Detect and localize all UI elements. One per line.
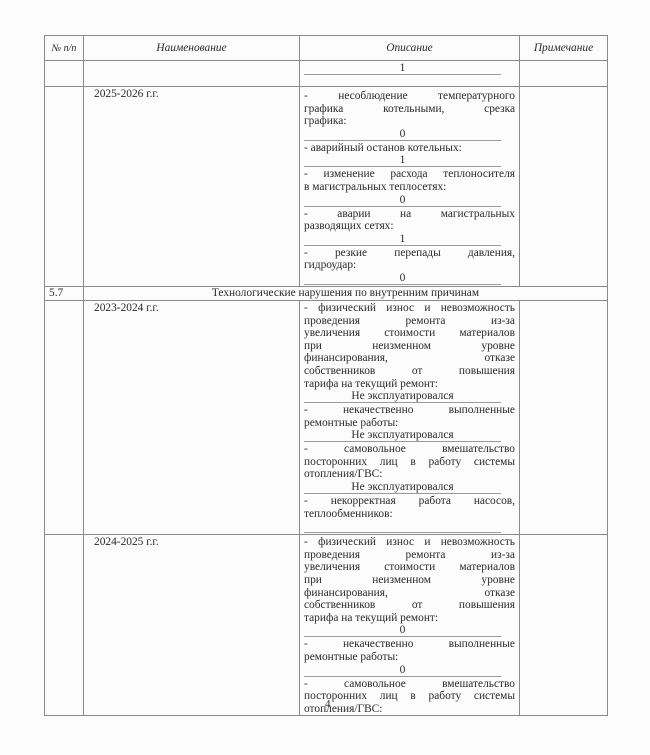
value-blank: 0 bbox=[304, 128, 501, 141]
cell-note bbox=[520, 61, 608, 87]
value-text: Не эксплуатировался bbox=[351, 481, 453, 493]
cell-note bbox=[520, 535, 608, 716]
cell-name bbox=[84, 61, 300, 87]
description-line: - изменение расхода теплоносителя bbox=[304, 168, 515, 181]
description-line: посторонних лиц в работу системы bbox=[304, 690, 515, 703]
header-note: Примечание bbox=[520, 36, 608, 61]
description-line: - некорректная работа насосов, bbox=[304, 495, 515, 508]
description-line: графика: bbox=[304, 115, 515, 128]
value-blank: 1 bbox=[304, 62, 501, 75]
table-row-2023-2024: 2023-2024 г.г. - физический износ и нево… bbox=[45, 300, 608, 534]
description-line: ремонтные работы: bbox=[304, 417, 515, 430]
table-row-2024-2025: 2024-2025 г.г. - физический износ и нево… bbox=[45, 535, 608, 716]
description-line: в магистральных теплосетях: bbox=[304, 181, 515, 194]
value-blank: Не эксплуатировался bbox=[304, 390, 501, 403]
value-blank bbox=[304, 520, 501, 533]
description-line: - физический износ и невозможность bbox=[304, 536, 515, 549]
page-number: 4 bbox=[325, 698, 331, 710]
value-blank: Не эксплуатировался bbox=[304, 429, 501, 442]
value-blank: 1 bbox=[304, 154, 501, 167]
value-text: 0 bbox=[400, 664, 406, 676]
description-line: финансирования, отказе bbox=[304, 587, 515, 600]
value-text: 1 bbox=[400, 154, 406, 166]
incidents-table: № п/п Наименование Описание Примечание 1… bbox=[44, 35, 608, 716]
description-line: - некачественно выполненные bbox=[304, 638, 515, 651]
cell-num bbox=[45, 61, 84, 87]
description-line: - резкие перепады давления, bbox=[304, 247, 515, 260]
cell-period: 2025-2026 г.г. bbox=[84, 87, 300, 287]
description-line: - самовольное вмешательство bbox=[304, 678, 515, 691]
cell-period: 2024-2025 г.г. bbox=[84, 535, 300, 716]
description-line: графика котельными, срезка bbox=[304, 103, 515, 116]
description-line: проведения ремонта из-за bbox=[304, 315, 515, 328]
description-line: тарифа на текущий ремонт: bbox=[304, 612, 515, 625]
description-line: - несоблюдение температурного bbox=[304, 90, 515, 103]
table-header-row: № п/п Наименование Описание Примечание bbox=[45, 36, 608, 61]
description-line: увеличения стоимости материалов bbox=[304, 327, 515, 340]
cell-num bbox=[45, 535, 84, 716]
description-line: отопления/ГВС: bbox=[304, 468, 515, 481]
description-line: ремонтные работы: bbox=[304, 651, 515, 664]
section-title: Технологические нарушения по внутренним … bbox=[84, 286, 608, 300]
value-text: Не эксплуатировался bbox=[351, 429, 453, 441]
header-description: Описание bbox=[300, 36, 520, 61]
description-line: увеличения стоимости материалов bbox=[304, 561, 515, 574]
cell-num bbox=[45, 300, 84, 534]
header-num: № п/п bbox=[45, 36, 84, 61]
cell-description: - несоблюдение температурногографика кот… bbox=[300, 87, 520, 287]
description-line: отопления/ГВС: bbox=[304, 703, 515, 716]
cell-num bbox=[45, 87, 84, 287]
value-text: 0 bbox=[400, 128, 406, 140]
description-line: финансирования, отказе bbox=[304, 352, 515, 365]
value-text: 0 bbox=[400, 272, 406, 284]
cell-description: 1 bbox=[300, 61, 520, 87]
value-blank: 0 bbox=[304, 272, 501, 285]
table-row-2025-2026: 2025-2026 г.г. - несоблюдение температур… bbox=[45, 87, 608, 287]
cell-period: 2023-2024 г.г. bbox=[84, 300, 300, 534]
section-number: 5.7 bbox=[45, 286, 84, 300]
description-line: собственников от повышения bbox=[304, 365, 515, 378]
table-row-continuation: 1 bbox=[45, 61, 608, 87]
description-line: - аварии на магистральных bbox=[304, 208, 515, 221]
document-page: № п/п Наименование Описание Примечание 1… bbox=[0, 0, 650, 755]
description-line: - аварийный останов котельных: bbox=[304, 142, 515, 155]
description-line: - самовольное вмешательство bbox=[304, 443, 515, 456]
description-line: - некачественно выполненные bbox=[304, 404, 515, 417]
value-text: Не эксплуатировался bbox=[351, 390, 453, 402]
description-line: - физический износ и невозможность bbox=[304, 302, 515, 315]
header-name: Наименование bbox=[84, 36, 300, 61]
cell-description: - физический износ и невозможностьпровед… bbox=[300, 535, 520, 716]
section-row-5-7: 5.7 Технологические нарушения по внутрен… bbox=[45, 286, 608, 300]
value-blank: 0 bbox=[304, 664, 501, 677]
value-text: 0 bbox=[400, 194, 406, 206]
cell-description: - физический износ и невозможностьпровед… bbox=[300, 300, 520, 534]
value-blank: 1 bbox=[304, 233, 501, 246]
value-blank: Не эксплуатировался bbox=[304, 481, 501, 494]
value-text: 0 bbox=[400, 624, 406, 636]
description-line: разводящих сетях: bbox=[304, 220, 515, 233]
value-text: 1 bbox=[400, 233, 406, 245]
cell-note bbox=[520, 87, 608, 287]
description-line: собственников от повышения bbox=[304, 599, 515, 612]
description-line: при неизменном уровне bbox=[304, 340, 515, 353]
value-blank: 0 bbox=[304, 624, 501, 637]
description-line: теплообменников: bbox=[304, 508, 515, 521]
description-line: проведения ремонта из-за bbox=[304, 549, 515, 562]
description-line: тарифа на текущий ремонт: bbox=[304, 378, 515, 391]
value-blank: 0 bbox=[304, 194, 501, 207]
cell-note bbox=[520, 300, 608, 534]
description-line: посторонних лиц в работу системы bbox=[304, 456, 515, 469]
description-line: гидроудар: bbox=[304, 259, 515, 272]
description-line: при неизменном уровне bbox=[304, 574, 515, 587]
